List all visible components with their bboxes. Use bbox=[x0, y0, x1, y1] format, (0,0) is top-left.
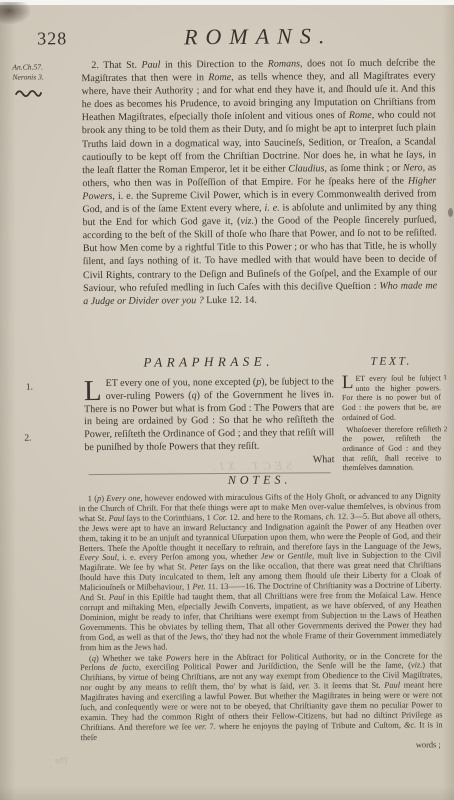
paraphrase-heading: PARAPHRASE. bbox=[84, 353, 334, 371]
running-title: ROMANS. bbox=[81, 22, 435, 51]
margin-note-line2: Neronis 3. bbox=[12, 72, 78, 82]
notes-catchword: words ; bbox=[81, 740, 443, 753]
paraphrase-text: ET every one of you, none excepted (p), … bbox=[84, 376, 334, 453]
verse-marker-2: 2 bbox=[440, 425, 448, 435]
book-page-scan: 328 ROMANS. An.Ch.57. Neronis 3. 2. That… bbox=[0, 0, 454, 800]
paraphrase-column: PARAPHRASE. LET every one of you, none e… bbox=[84, 353, 335, 475]
margin-flourish-icon bbox=[15, 84, 43, 102]
page-number: 328 bbox=[37, 28, 67, 49]
text-heading: TEXT. bbox=[342, 355, 441, 368]
scripture-verse-2: 2 Whoſoever therefore reſiſteth the powe… bbox=[342, 424, 441, 473]
paraphrase-dropcap: L bbox=[84, 378, 106, 403]
note-paragraph-q: (q) Whether we take Powers here in the A… bbox=[80, 651, 443, 743]
commentary-paragraph: 2. That St. Paul in this Direction to th… bbox=[81, 56, 437, 308]
paraphrase-body: LET every one of you, none excepted (p),… bbox=[84, 376, 335, 455]
verse-marker-1: 1 bbox=[443, 373, 447, 383]
scripture-text-column: TEXT. 1 LET every ſoul be ſubject unto t… bbox=[342, 355, 442, 473]
note-paragraph-p: 1 (p) Every one, however endowed with mi… bbox=[79, 491, 442, 652]
paraphrase-verse-number-1: 1. bbox=[26, 383, 33, 393]
paraphrase-verse-number-2: 2. bbox=[24, 434, 31, 444]
margin-date-note: An.Ch.57. Neronis 3. bbox=[12, 62, 78, 82]
bleedthrough-text: The bbox=[55, 755, 69, 765]
notes-heading: NOTES. bbox=[79, 471, 441, 489]
scripture-dropcap: L bbox=[342, 374, 356, 391]
margin-note-line1: An.Ch.57. bbox=[12, 62, 78, 72]
scripture-verse-2-text: Whoſoever therefore reſiſteth the power,… bbox=[342, 424, 441, 473]
page-sheet: 328 ROMANS. An.Ch.57. Neronis 3. 2. That… bbox=[0, 0, 454, 800]
scripture-verse-1: 1 LET every ſoul be ſubject unto the hig… bbox=[342, 373, 441, 422]
scripture-verse-1-text: ET every ſoul be ſubject unto the higher… bbox=[342, 373, 441, 422]
notes-section: NOTES. 1 (p) Every one, however endowed … bbox=[79, 471, 443, 752]
paraphrase-catchword: What bbox=[84, 453, 334, 468]
